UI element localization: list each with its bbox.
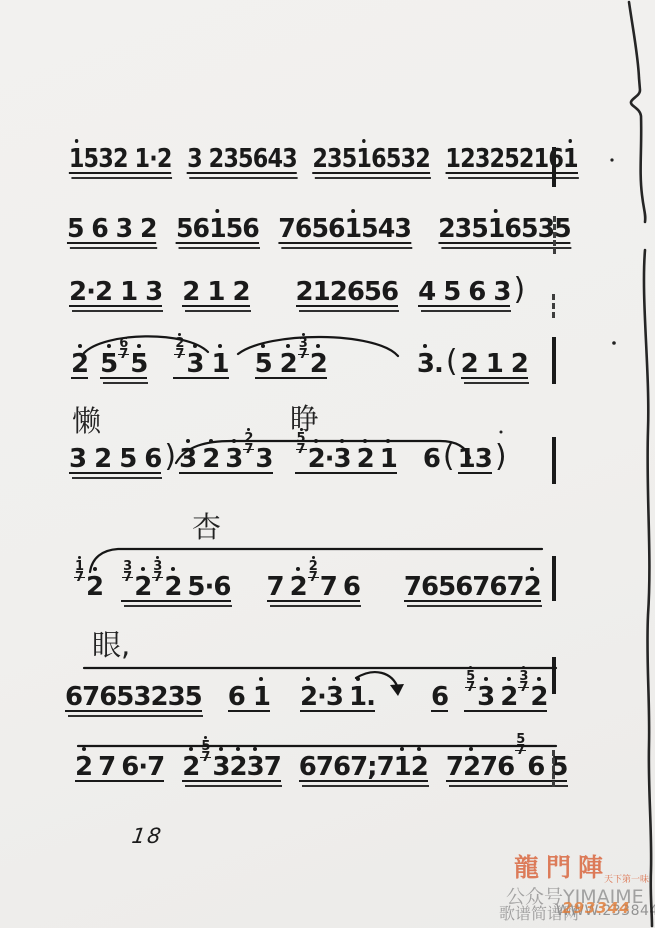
lyric-character: 杏 bbox=[192, 505, 221, 546]
lyrics-layer: 懒睁杏眼, bbox=[0, 0, 655, 928]
sheet-music-page: 15321·2323564323516532123252161563256156… bbox=[0, 0, 655, 928]
lyric-character: 懒 bbox=[72, 399, 101, 440]
lyric-character: 睁 bbox=[290, 397, 319, 438]
lyric-character: 眼, bbox=[92, 623, 130, 664]
